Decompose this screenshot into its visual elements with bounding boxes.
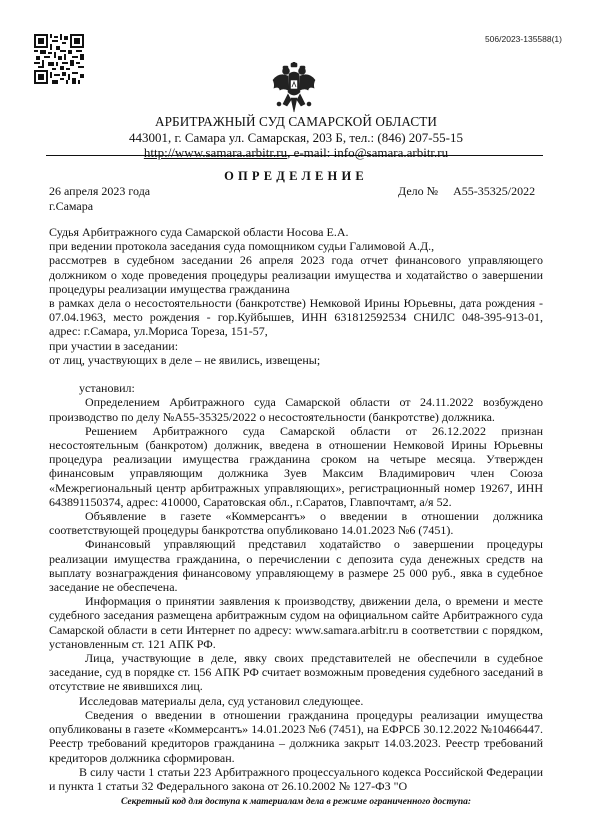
secret-code-footer: Секретный код для доступа к материалам д…: [0, 797, 592, 807]
court-header: АРБИТРАЖНЫЙ СУД САМАРСКОЙ ОБЛАСТИ 443001…: [0, 114, 592, 161]
paragraph: Финансовый управляющий представил ходата…: [49, 537, 543, 594]
court-name: АРБИТРАЖНЫЙ СУД САМАРСКОЙ ОБЛАСТИ: [0, 114, 592, 130]
paragraph: от лиц, участвующих в деле – не явились,…: [49, 353, 543, 367]
qr-code-icon: [34, 34, 84, 84]
court-website-link[interactable]: http://www.samara.arbitr.ru: [144, 145, 287, 160]
document-city: г.Самара: [49, 199, 150, 214]
document-date-place: 26 апреля 2023 года г.Самара: [49, 184, 150, 213]
case-number-value: А55-35325/2022: [453, 184, 535, 198]
paragraph: Информация о принятии заявления к произв…: [49, 594, 543, 651]
paragraph: Исследовав материалы дела, суд установил…: [49, 694, 543, 708]
court-address: 443001, г. Самара ул. Самарская, 203 Б, …: [0, 130, 592, 146]
document-body: Судья Арбитражного суда Самарской област…: [49, 225, 543, 793]
paragraph: В силу части 1 статьи 223 Арбитражного п…: [49, 765, 543, 793]
header-divider: [46, 155, 543, 156]
paragraph: при участии в заседании:: [49, 339, 543, 353]
court-contacts: http://www.samara.arbitr.ru, e-mail: inf…: [0, 145, 592, 161]
case-number: Дело № А55-35325/2022: [398, 184, 535, 199]
section-heading: установил:: [49, 381, 543, 395]
paragraph: рассмотрев в судебном заседании 26 апрел…: [49, 253, 543, 296]
document-title: ОПРЕДЕЛЕНИЕ: [0, 169, 592, 184]
paragraph: в рамках дела о несостоятельности (банкр…: [49, 296, 543, 339]
paragraph: Лица, участвующие в деле, явку своих пре…: [49, 651, 543, 694]
document-date: 26 апреля 2023 года: [49, 184, 150, 199]
case-label: Дело №: [398, 184, 438, 198]
paragraph: при ведении протокола заседания суда пом…: [49, 239, 543, 253]
paragraph: Объявление в газете «Коммерсантъ» о введ…: [49, 509, 543, 537]
paragraph: Сведения о введении в отношении граждани…: [49, 708, 543, 765]
paragraph: Решением Арбитражного суда Самарской обл…: [49, 424, 543, 509]
court-email: , e-mail: info@samara.arbitr.ru: [287, 145, 448, 160]
coat-of-arms-icon: [271, 62, 317, 114]
document-number: 506/2023-135588(1): [485, 34, 562, 44]
paragraph: Судья Арбитражного суда Самарской област…: [49, 225, 543, 239]
paragraph: Определением Арбитражного суда Самарской…: [49, 395, 543, 423]
